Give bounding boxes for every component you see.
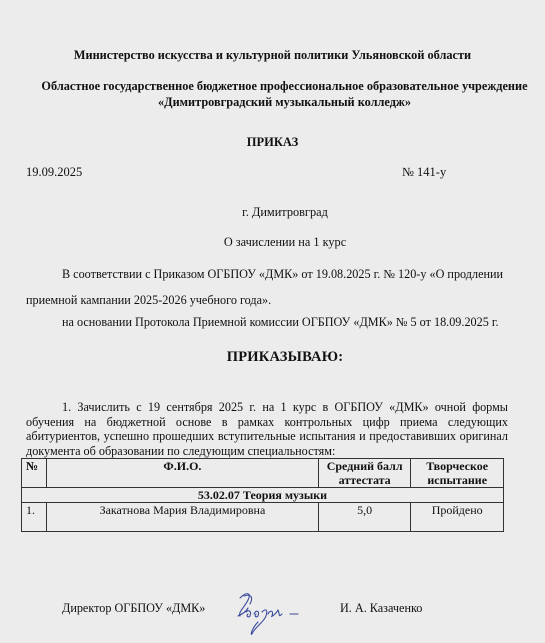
header-score-line1: Средний балл <box>327 459 403 473</box>
enrollment-table: № Ф.И.О. Средний балл аттестата Творческ… <box>21 458 504 532</box>
order-title: ПРИКАЗ <box>0 135 545 150</box>
table-row: 1. Закатнова Мария Владимировна 5,0 Прой… <box>22 503 504 532</box>
ministry-name: Министерство искусства и культурной поли… <box>0 48 545 63</box>
cell-test: Пройдено <box>411 503 504 532</box>
signer-title: Директор ОГБПОУ «ДМК» <box>62 601 205 616</box>
header-score-line2: аттестата <box>339 473 391 487</box>
specialty-row: 53.02.07 Теория музыки <box>22 488 504 503</box>
directive-paragraph: 1. Зачислить с 19 сентября 2025 г. на 1 … <box>26 400 508 458</box>
organization-name-line1: Областное государственное бюджетное проф… <box>32 79 537 94</box>
cell-num: 1. <box>22 503 47 532</box>
order-date: 19.09.2025 <box>26 165 82 180</box>
header-name: Ф.И.О. <box>46 459 318 488</box>
specialty-name: 53.02.07 Теория музыки <box>22 488 504 503</box>
basis-line-1: В соответствии с Приказом ОГБПОУ «ДМК» о… <box>62 267 503 282</box>
cell-name: Закатнова Мария Владимировна <box>46 503 318 532</box>
header-score: Средний балл аттестата <box>318 459 410 488</box>
order-city: г. Димитровград <box>0 205 545 220</box>
table-header-row: № Ф.И.О. Средний балл аттестата Творческ… <box>22 459 504 488</box>
paragraph-line: 1. Зачислить с 19 сентября 2025 г. на 1 … <box>26 400 508 415</box>
directive-heading: ПРИКАЗЫВАЮ: <box>0 349 545 366</box>
header-num: № <box>22 459 47 488</box>
header-test: Творческое испытание <box>411 459 504 488</box>
header-test-line1: Творческое <box>426 459 488 473</box>
order-number: № 141-у <box>402 165 446 180</box>
organization-name-line2: «Димитровградский музыкальный колледж» <box>32 95 537 110</box>
handwritten-signature-icon <box>232 588 312 638</box>
paragraph-line: документа об образовании по следующим сп… <box>26 444 508 459</box>
basis-line-3: на основании Протокола Приемной комиссии… <box>62 315 499 330</box>
paragraph-line: обучения на бюджетной основе в рамках ко… <box>26 415 508 430</box>
signer-name: И. А. Казаченко <box>340 601 422 616</box>
paragraph-line: абитуриентов, успешно прошедших вступите… <box>26 429 508 444</box>
order-subject: О зачислении на 1 курс <box>0 235 545 250</box>
basis-line-2: приемной кампании 2025-2026 учебного год… <box>26 293 271 308</box>
cell-score: 5,0 <box>318 503 410 532</box>
header-test-line2: испытание <box>427 473 487 487</box>
